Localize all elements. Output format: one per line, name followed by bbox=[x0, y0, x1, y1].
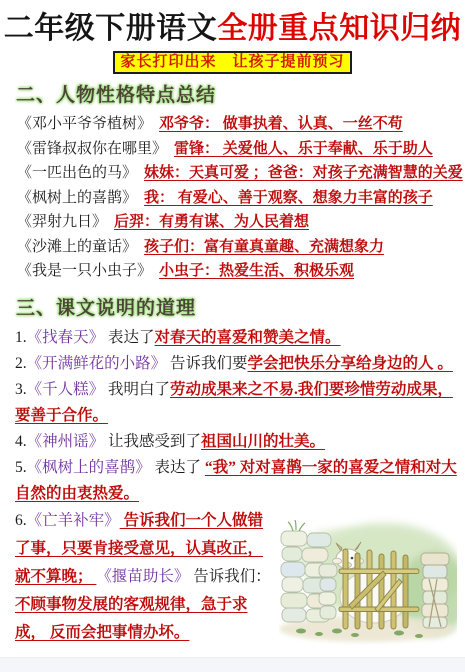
moral-text: 对春天的喜爱和赞美之情。 bbox=[155, 329, 341, 346]
lesson-title: 《亡羊补牢》 bbox=[27, 512, 120, 529]
moral-text: 不顾事物发展的客观规律，急于求成， 反而会把事情办坏。 bbox=[15, 596, 248, 641]
trait-text: 孩子们：富有童真童趣、充满想象力 bbox=[144, 239, 384, 255]
lead-text: 表达了 bbox=[104, 329, 154, 346]
section2-heading: 二、人物性格特点总结 bbox=[16, 84, 465, 108]
item-number: 6. bbox=[15, 512, 27, 529]
book-title: 《羿射九日》 bbox=[17, 214, 107, 230]
trait-text: 妹妹：天真可爱 ；爸爸：对孩子充满智慧的关爱 bbox=[144, 165, 463, 181]
page-title-black: 二年级下册语文 bbox=[4, 12, 218, 45]
list-item: 《邓小平爷爷植树》邓爷爷： 做事执着、认真、一丝不苟 bbox=[17, 112, 455, 137]
list-item: 《枫树上的喜鹊》我： 有爱心、善于观察、想象力丰富的孩子 bbox=[17, 186, 455, 211]
list-item: 《羿射九日》后羿：有勇有谋、为人民着想 bbox=[17, 210, 455, 235]
page-bottom-bar bbox=[0, 657, 465, 672]
lesson-title: 《枫树上的喜鹊》 bbox=[27, 459, 151, 476]
document-page: 二年级下册语文全册重点知识归纳 家长打印出来 让孩子提前预习 二、人物性格特点总… bbox=[0, 0, 465, 672]
item-number: 1. bbox=[15, 329, 27, 346]
character-traits-list: 《邓小平爷爷植树》邓爷爷： 做事执着、认真、一丝不苟 《雷锋叔叔你在哪里》雷锋：… bbox=[17, 112, 455, 284]
lead-text: 我明白了 bbox=[104, 381, 170, 398]
section3-heading: 三、课文说明的道理 bbox=[16, 297, 465, 321]
lesson-title: 《神州谣》 bbox=[27, 433, 105, 450]
book-title: 《沙滩上的童话》 bbox=[17, 239, 137, 255]
list-item: 1.《找春天》 表达了对春天的喜爱和赞美之情。 bbox=[15, 325, 457, 351]
lesson-title: 《揠苗助长》 bbox=[96, 568, 189, 585]
banner-row: 家长打印出来 让孩子提前预习 bbox=[0, 51, 465, 74]
moral-text: 祖国山川的壮美。 bbox=[201, 433, 325, 450]
moral-text: 学会把快乐分享给身边的人 。 bbox=[248, 355, 453, 372]
sheep-fence-watercolor-illustration bbox=[279, 509, 457, 645]
book-title: 《枫树上的喜鹊》 bbox=[17, 190, 137, 206]
trait-text: 我： 有爱心、善于观察、想象力丰富的孩子 bbox=[144, 190, 433, 206]
trait-text: 雷锋： 关爱他人、乐于奉献、乐于助人 bbox=[174, 141, 433, 157]
trait-text: 邓爷爷： 做事执着、认真、一丝不苟 bbox=[159, 116, 403, 132]
page-title: 二年级下册语文全册重点知识归纳 bbox=[0, 0, 465, 48]
lead-text: 告诉我们要 bbox=[166, 355, 247, 372]
item-number: 4. bbox=[15, 433, 27, 450]
book-title: 《邓小平爷爷植树》 bbox=[17, 116, 152, 132]
lesson-morals-list: 1.《找春天》 表达了对春天的喜爱和赞美之情。 2.《开满鲜花的小路》 告诉我们… bbox=[15, 325, 457, 647]
item-number: 3. bbox=[15, 381, 27, 398]
item-number: 5. bbox=[15, 459, 27, 476]
list-item: 3.《千人糕》 我明白了劳动成果来之不易.我们要珍惜劳动成果，要善于合作。 bbox=[15, 377, 457, 429]
trait-text: 小虫子：热爱生活、积极乐观 bbox=[159, 263, 354, 279]
grass-tuft bbox=[288, 520, 305, 531]
lead-text: 告诉我们： bbox=[189, 568, 270, 585]
lead-text: 表达了 bbox=[151, 459, 205, 476]
page-title-red: 全册重点知识归纳 bbox=[217, 12, 461, 45]
lesson-title: 《找春天》 bbox=[27, 329, 105, 346]
list-item: 《沙滩上的童话》孩子们：富有童真童趣、充满想象力 bbox=[17, 235, 455, 260]
lead-text: 让我感受到了 bbox=[104, 433, 201, 450]
item-number: 2. bbox=[15, 355, 27, 372]
lesson-title: 《千人糕》 bbox=[27, 381, 105, 398]
list-item: 2.《开满鲜花的小路》 告诉我们要学会把快乐分享给身边的人 。 bbox=[15, 351, 457, 377]
book-title: 《我是一只小虫子》 bbox=[17, 263, 152, 279]
book-title: 《一匹出色的马》 bbox=[17, 165, 137, 181]
parent-tip-banner: 家长打印出来 让孩子提前预习 bbox=[113, 51, 351, 74]
list-item: 4.《神州谣》 让我感受到了祖国山川的壮美。 bbox=[15, 429, 457, 455]
stone-wall-left bbox=[281, 531, 337, 622]
lesson-title: 《开满鲜花的小路》 bbox=[27, 355, 167, 372]
book-title: 《雷锋叔叔你在哪里》 bbox=[17, 141, 167, 157]
trait-text: 后羿：有勇有谋、为人民着想 bbox=[114, 214, 309, 230]
list-item: 《雷锋叔叔你在哪里》雷锋： 关爱他人、乐于奉献、乐于助人 bbox=[17, 137, 455, 162]
list-item: 6.《亡羊补牢》 告诉我们一个人做错了事，只要肯接受意见，认真改正，就不算晚； … bbox=[15, 507, 457, 647]
list-item: 《一匹出色的马》妹妹：天真可爱 ；爸爸：对孩子充满智慧的关爱 bbox=[17, 161, 455, 186]
list-item: 《我是一只小虫子》小虫子：热爱生活、积极乐观 bbox=[17, 259, 455, 284]
list-item: 5.《枫树上的喜鹊》 表达了 “我” 对对喜鹊一家的喜爱之情和对大自然的由衷热爱… bbox=[15, 455, 457, 507]
stone-pillar-right bbox=[421, 553, 449, 628]
